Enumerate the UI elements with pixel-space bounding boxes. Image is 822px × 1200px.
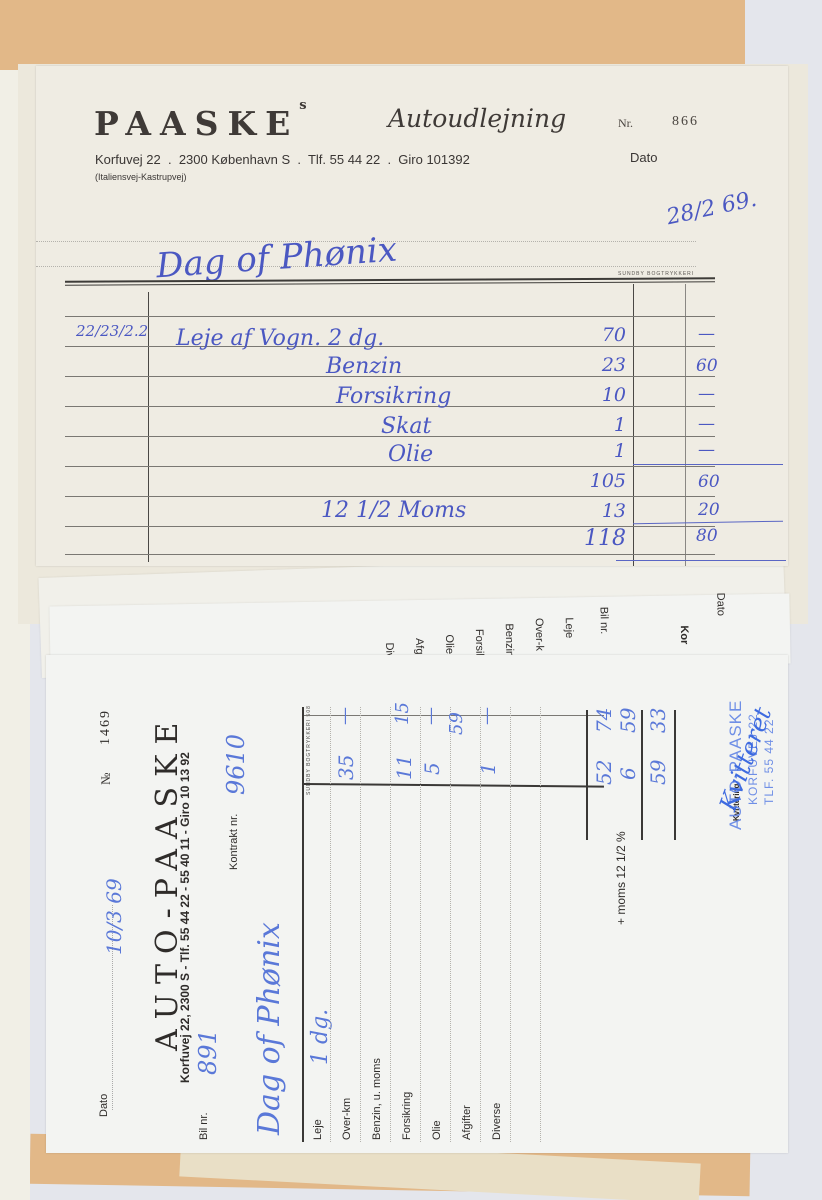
line-item-description: Leje af Vogn. 2 dg.	[176, 326, 384, 351]
receipt-total-ore: 33	[646, 708, 670, 733]
middle-label-kor: Kor	[678, 625, 690, 644]
customer-name: Dag of Phønix	[155, 230, 398, 287]
receipt-line-ore: —	[420, 707, 441, 725]
kraft-folder-top	[0, 0, 745, 70]
line-item-kr: 1	[576, 414, 626, 436]
line-item-description: Olie	[388, 442, 433, 467]
receipt-auto-paaske: № 1469 Dato 10/3 69 AUTO-PAASKE Korfuvej…	[46, 655, 788, 1153]
bil-value: 891	[194, 1029, 222, 1075]
line-item-ore: —	[698, 440, 715, 460]
receipt-number: 1469	[98, 709, 114, 745]
company-address: Korfuvej 22 . 2300 København S . Tlf. 55…	[95, 152, 470, 167]
receipt-number-label: №	[98, 773, 114, 785]
subtotal-rule	[633, 464, 783, 465]
receipt-line-label: Over-km	[341, 1098, 353, 1140]
receipt-line-ore: —	[476, 707, 497, 725]
line-item-kr: 23	[576, 354, 626, 376]
subtotal-ore: 60	[698, 472, 720, 492]
kontrakt-value: 9610	[222, 734, 250, 795]
middle-label-leje: Leje	[563, 617, 575, 638]
line-item-ore: —	[698, 384, 715, 404]
totals-rule-3	[674, 710, 676, 840]
company-subtitle: Autoudlejning	[388, 104, 566, 133]
vat-ore: 20	[698, 500, 720, 520]
receipt-line-label: Olie	[431, 1120, 443, 1140]
receipt-date-label: Dato	[98, 1094, 110, 1117]
middle-label-benzin: Benzin	[503, 623, 516, 657]
receipt-total-kr: 59	[646, 760, 670, 785]
middle-label-over: Over-k	[533, 618, 546, 651]
receipt-company-address: Korfuvej 22, 2300 S - Tlf. 55 44 22 - 55…	[178, 752, 192, 1083]
row-dotted	[540, 707, 541, 1142]
row-rule	[65, 554, 715, 555]
receipt-customer: Dag of Phønix	[252, 922, 287, 1135]
receipt-line-kr: 1	[476, 762, 500, 775]
total-double-rule	[616, 560, 786, 561]
receipt-line-label: Diverse	[491, 1103, 503, 1140]
receipt-vat-ore: 59	[616, 708, 640, 733]
line-item-description: Skat	[381, 414, 431, 439]
receipt-kr-rule	[304, 783, 604, 788]
invoice-paaske-autoudlejning: PAASKEs Autoudlejning Nr. 866 Korfuvej 2…	[36, 66, 788, 566]
totals-rule-1	[586, 710, 588, 840]
company-address-sub: (Italiensvej-Kastrupvej)	[95, 172, 187, 182]
middle-label-bil: Bil nr.	[598, 607, 610, 635]
receipt-date-value: 10/3 69	[102, 878, 126, 955]
line-item-ore: 60	[696, 356, 718, 376]
handwritten-date: 28/2 69.	[664, 187, 759, 230]
receipt-line-kr: 35	[334, 755, 358, 780]
bil-label: Bil nr.	[198, 1112, 210, 1140]
row-dotted	[360, 707, 361, 1142]
vat-kr: 13	[576, 500, 626, 522]
receipt-line-kr: 11	[392, 755, 416, 780]
middle-label-dato: Dato	[714, 593, 726, 616]
row-rule	[65, 316, 715, 317]
row-date: 22/23/2.2	[76, 322, 148, 340]
receipt-line-label: Forsikring	[401, 1092, 413, 1140]
line-item-description: Forsikring	[336, 384, 451, 409]
line-item-kr: 70	[576, 324, 626, 346]
receipt-vat-label: + moms 12 1/2 %	[614, 831, 628, 925]
receipt-line-ore: 15	[392, 702, 413, 725]
receipt-line-label: Benzin, u. moms	[371, 1058, 383, 1140]
total-rule	[633, 521, 783, 525]
row-dotted	[330, 707, 331, 1142]
receipt-line-kr: 5	[420, 762, 444, 775]
row-dotted	[390, 707, 391, 1142]
line-item-description: Benzin	[326, 354, 402, 379]
invoice-number: 866	[672, 114, 699, 130]
total-ore: 80	[696, 526, 718, 546]
receipt-table-left-rule	[302, 707, 304, 1142]
ore-column-rule	[685, 284, 686, 566]
receipt-line-ore: 59	[446, 712, 467, 735]
total-kr: 118	[576, 526, 626, 551]
line-item-ore: —	[698, 414, 715, 434]
invoice-number-label: Nr.	[618, 116, 633, 131]
line-item-ore: —	[698, 324, 715, 344]
receipt-line-ore: —	[334, 707, 355, 725]
receipt-printer-mark: SUNDBY BOGTRYKKERI 508	[306, 705, 312, 795]
totals-rule-2	[641, 710, 643, 840]
receipt-subtotal-kr: 52	[592, 760, 616, 785]
line-item-kr: 1	[576, 440, 626, 462]
row-dotted	[450, 707, 451, 1142]
row-rule	[65, 346, 715, 347]
printer-mark: SUNDBY BOGTRYKKERI	[618, 271, 694, 277]
receipt-subtotal-ore: 74	[592, 708, 616, 733]
vat-description: 12 1/2 Moms	[321, 498, 466, 523]
date-label: Dato	[630, 150, 657, 165]
row-rule	[65, 496, 715, 497]
row-dotted	[510, 707, 511, 1142]
date-column-rule	[148, 292, 149, 562]
line-item-kr: 10	[576, 384, 626, 406]
kontrakt-label: Kontrakt nr.	[228, 814, 240, 870]
receipt-vat-kr: 6	[616, 767, 640, 780]
receipt-line-label: Afgifter	[461, 1105, 473, 1140]
middle-label-olie: Olie	[443, 634, 455, 654]
company-name: PAASKEs	[94, 104, 307, 143]
receipt-line-label: Leje	[312, 1119, 324, 1140]
subtotal-kr: 105	[576, 470, 626, 492]
